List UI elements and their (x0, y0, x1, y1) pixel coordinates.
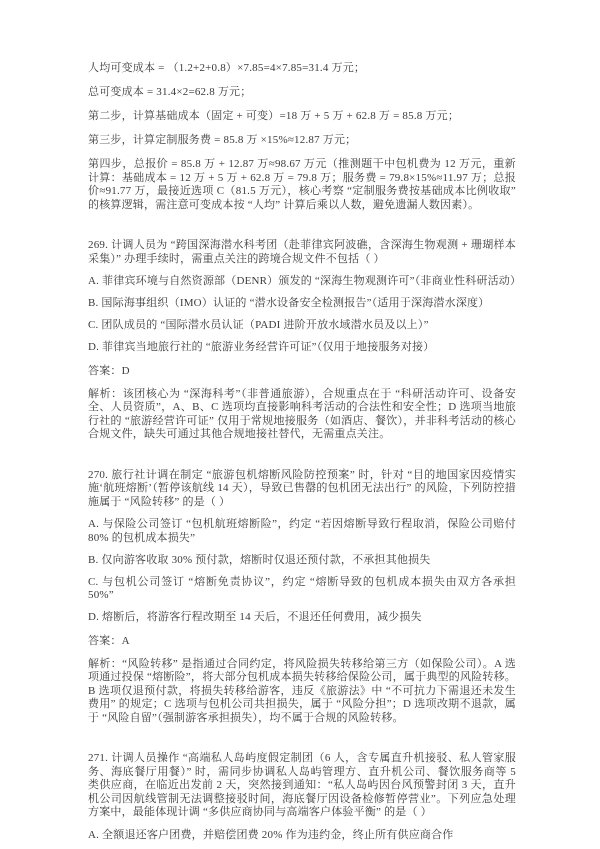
question-271-option-a: A. 全额退还客户团费，并赔偿团费 20% 作为违约金，终止所有供应商合作 (88, 829, 516, 843)
calc-line-per-capita-variable-cost: 人均可变成本 = （1.2+2+0.8）×7.85=4×7.85=31.4 万元… (88, 62, 516, 76)
question-271-stem: 271. 计调人员操作 “高端私人岛屿度假定制团（6 人，含专属直升机接驳、私人… (88, 752, 516, 820)
question-271: 271. 计调人员操作 “高端私人岛屿度假定制团（6 人，含专属直升机接驳、私人… (88, 752, 516, 842)
question-270-explanation: 解析：“风险转移” 是指通过合同约定，将风险损失转移给第三方（如保险公司）。A … (88, 658, 516, 726)
question-270-answer: 答案：A (88, 635, 516, 649)
question-269-option-b: B. 国际海事组织（IMO）认证的 “潜水设备安全检测报告”（适用于深海潜水深度… (88, 297, 516, 311)
question-270-option-b: B. 仅向游客收取 30% 预付款，熔断时仅退还预付款，不承担其他损失 (88, 554, 516, 568)
question-270-option-a: A. 与保险公司签订 “包机航班熔断险”，约定 “若因熔断导致行程取消，保险公司… (88, 518, 516, 545)
question-270: 270. 旅行社计调在制定 “旅游包机熔断风险防控预案” 时，针对 “目的地国家… (88, 469, 516, 726)
question-269-option-c: C. 团队成员的 “国际潜水员认证（PADI 进阶开放水域潜水员及以上）” (88, 319, 516, 333)
calc-line-total-variable-cost: 总可变成本 = 31.4×2=62.8 万元； (88, 86, 516, 100)
calc-line-step3-service-fee: 第三步，计算定制服务费 = 85.8 万 ×15%≈12.87 万元； (88, 134, 516, 148)
question-269-stem: 269. 计调人员为 “跨国深海潜水科考团（赴菲律宾阿波礁，含深海生物观测 + … (88, 239, 516, 266)
solution-calculation-block: 人均可变成本 = （1.2+2+0.8）×7.85=4×7.85=31.4 万元… (88, 62, 516, 212)
document-page: 人均可变成本 = （1.2+2+0.8）×7.85=4×7.85=31.4 万元… (0, 0, 600, 849)
calc-step4-total-quote-paragraph: 第四步，总报价 = 85.8 万 + 12.87 万≈98.67 万元（推测题干… (88, 158, 516, 212)
question-269-explanation: 解析：该团核心为 “深海科考”（非普通旅游），合规重点在于 “科研活动许可、设备… (88, 388, 516, 442)
question-269-option-d: D. 菲律宾当地旅行社的 “旅游业务经营许可证”（仅用于地接服务对接） (88, 341, 516, 355)
question-270-stem: 270. 旅行社计调在制定 “旅游包机熔断风险防控预案” 时，针对 “目的地国家… (88, 469, 516, 510)
calc-line-step2-base-cost: 第二步，计算基础成本（固定 + 可变）=18 万 + 5 万 + 62.8 万 … (88, 110, 516, 124)
question-269-option-a: A. 菲律宾环境与自然资源部（DENR）颁发的 “深海生物观测许可”（非商业性科… (88, 275, 516, 289)
question-270-option-d: D. 熔断后，将游客行程改期至 14 天后，不退还任何费用，减少损失 (88, 611, 516, 625)
question-269-answer: 答案：D (88, 365, 516, 379)
question-269: 269. 计调人员为 “跨国深海潜水科考团（赴菲律宾阿波礁，含深海生物观测 + … (88, 239, 516, 442)
question-270-option-c: C. 与包机公司签订 “熔断免责协议”，约定 “熔断导致的包机成本损失由双方各承… (88, 576, 516, 603)
